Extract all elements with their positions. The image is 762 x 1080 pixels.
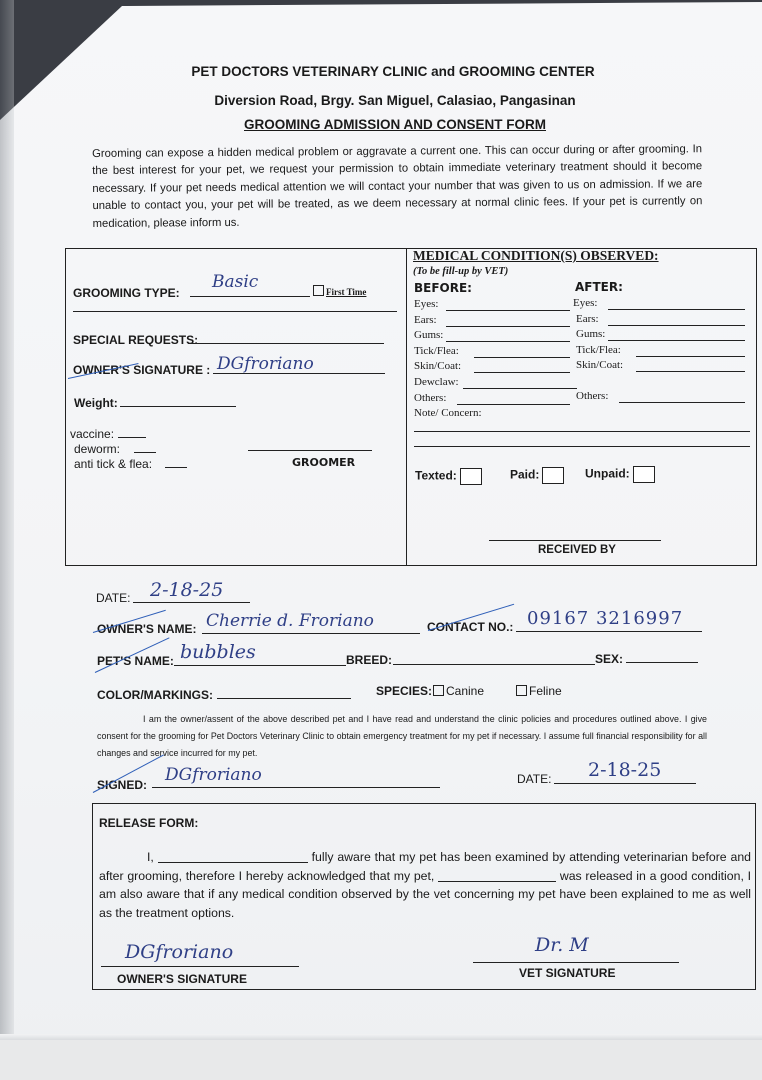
after-field-label: Ears: (576, 313, 599, 325)
paid-label: Paid: (510, 468, 539, 482)
date-field[interactable] (133, 602, 250, 603)
release-pet-name-field[interactable] (438, 881, 556, 882)
date-value: 2-18-25 (150, 579, 223, 601)
release-owner-signature-value: DGfroriano (125, 941, 233, 963)
grooming-type-field[interactable] (190, 296, 310, 297)
release-text: I, fully aware that my pet has been exam… (99, 848, 751, 922)
color-markings-label: COLOR/MARKINGS: (97, 688, 213, 702)
before-field-input[interactable] (446, 310, 570, 311)
before-field-label: Others: (414, 392, 446, 404)
vaccine-label: vaccine: (70, 427, 114, 441)
note-concern-label: Note/ Concern: (414, 407, 482, 419)
signed-date-label: DATE: (517, 772, 551, 786)
clinic-name: PET DOCTORS VETERINARY CLINIC and GROOMI… (12, 64, 762, 79)
before-field-label: Dewclaw: (414, 376, 459, 388)
grooming-type-value: Basic (212, 272, 258, 292)
unpaid-checkbox[interactable] (633, 466, 655, 483)
before-field-input[interactable] (446, 326, 570, 327)
before-field-label: Eyes: (414, 298, 438, 310)
first-time-label: First Time (326, 287, 366, 297)
texted-label: Texted: (415, 469, 457, 483)
grooming-type-label: GROOMING TYPE: (73, 286, 180, 300)
signed-date-value: 2-18-25 (588, 759, 661, 781)
release-owner-name-field[interactable] (158, 862, 308, 863)
sex-field[interactable] (626, 662, 698, 663)
after-field-label: Skin/Coat: (576, 359, 623, 371)
before-field-input[interactable] (446, 341, 570, 342)
intro-paragraph: Grooming can expose a hidden medical pro… (92, 141, 703, 233)
after-field-label: Tick/Flea: (576, 344, 621, 356)
release-owner-signature-label: OWNER'S SIGNATURE (117, 972, 247, 986)
canine-label: Canine (446, 684, 484, 698)
medical-title: MEDICAL CONDITION(S) OBSERVED: (413, 248, 659, 264)
grooming-type-extra-line[interactable] (73, 311, 397, 312)
after-field-label: Gums: (576, 328, 605, 340)
before-field-label: Skin/Coat: (414, 360, 461, 372)
received-by-label: RECEIVED BY (538, 544, 616, 556)
breed-label: BREED: (346, 653, 392, 667)
color-markings-field[interactable] (217, 698, 351, 699)
unpaid-option[interactable]: Unpaid: (585, 466, 655, 483)
before-field-label: Tick/Flea: (414, 345, 459, 357)
special-requests-field[interactable] (188, 343, 384, 344)
owner-signature-value: DGfroriano (217, 354, 314, 374)
pet-name-value: bubbles (180, 641, 256, 663)
medical-subtitle: (To be fill-up by VET) (413, 266, 508, 277)
special-requests-label: SPECIAL REQUESTS: (73, 333, 198, 347)
vet-signature-value: Dr. M (535, 934, 589, 956)
canine-checkbox[interactable] (433, 685, 444, 696)
anti-tick-label: anti tick & flea: (74, 457, 152, 471)
after-field-input[interactable] (608, 325, 745, 326)
paid-option[interactable]: Paid: (510, 467, 564, 484)
note-line-1[interactable] (414, 431, 750, 432)
anti-tick-field[interactable] (165, 467, 187, 468)
signed-value: DGfroriano (165, 765, 262, 785)
groomer-signature-line[interactable] (248, 450, 372, 451)
breed-field[interactable] (393, 664, 595, 665)
owner-name-value: Cherrie d. Froriano (206, 611, 374, 631)
before-field-input[interactable] (463, 388, 577, 389)
before-field-input[interactable] (474, 372, 570, 373)
feline-checkbox[interactable] (516, 685, 527, 696)
note-line-2[interactable] (414, 446, 750, 447)
species-label: SPECIES: (376, 684, 432, 698)
texted-checkbox[interactable] (460, 468, 482, 485)
first-time-checkbox[interactable] (313, 285, 324, 296)
before-field-input[interactable] (457, 404, 570, 405)
pet-name-field[interactable] (174, 665, 346, 666)
consent-statement: I am the owner/assent of the above descr… (97, 711, 707, 762)
contact-no-field[interactable] (516, 631, 702, 632)
after-field-input[interactable] (619, 402, 745, 403)
weight-label: Weight: (74, 396, 118, 410)
after-heading: AFTER: (575, 280, 623, 294)
release-text-i: I, (147, 850, 154, 864)
contact-no-value: 09167 3216997 (527, 608, 683, 629)
scan-bottom-edge (0, 1040, 762, 1080)
deworm-label: deworm: (74, 442, 120, 456)
after-field-label: Eyes: (573, 297, 597, 309)
unpaid-label: Unpaid: (585, 467, 630, 481)
first-time-option[interactable]: First Time (313, 285, 366, 297)
before-field-input[interactable] (474, 357, 570, 358)
before-heading: BEFORE: (414, 281, 472, 295)
date-label: DATE: (96, 591, 130, 605)
vaccine-field[interactable] (118, 437, 146, 438)
after-field-input[interactable] (608, 309, 745, 310)
before-field-label: Gums: (414, 329, 443, 341)
groomer-label: GROOMER (292, 456, 355, 469)
signed-date-field[interactable] (554, 783, 696, 784)
form-title: GROOMING ADMISSION AND CONSENT FORM (14, 117, 762, 132)
scan-edge-shadow (0, 0, 14, 1080)
sex-label: SEX: (595, 652, 623, 666)
owner-signature-label: OWNER'S SIGNATURE : (73, 363, 210, 377)
species-feline-option[interactable]: Feline (516, 684, 562, 698)
weight-field[interactable] (120, 406, 236, 407)
column-divider (406, 248, 407, 566)
species-canine-option[interactable]: Canine (433, 684, 484, 698)
before-field-label: Ears: (414, 314, 437, 326)
vet-signature-line[interactable] (473, 962, 679, 963)
feline-label: Feline (529, 684, 562, 698)
release-owner-signature-line[interactable] (101, 966, 299, 967)
clinic-address: Diversion Road, Brgy. San Miguel, Calasi… (14, 93, 762, 108)
signed-field[interactable] (152, 787, 440, 788)
deworm-field[interactable] (134, 452, 156, 453)
received-by-line[interactable] (489, 540, 661, 541)
texted-option[interactable]: Texted: (415, 468, 482, 485)
owner-name-field[interactable] (202, 633, 420, 634)
after-field-input[interactable] (608, 340, 745, 341)
after-field-input[interactable] (636, 356, 745, 357)
owner-name-label: OWNER'S NAME: (97, 622, 197, 636)
release-form-title: RELEASE FORM: (99, 816, 198, 830)
paid-checkbox[interactable] (542, 467, 564, 484)
after-field-input[interactable] (636, 371, 745, 372)
after-field-label: Others: (576, 390, 608, 402)
vet-signature-label: VET SIGNATURE (519, 966, 615, 980)
